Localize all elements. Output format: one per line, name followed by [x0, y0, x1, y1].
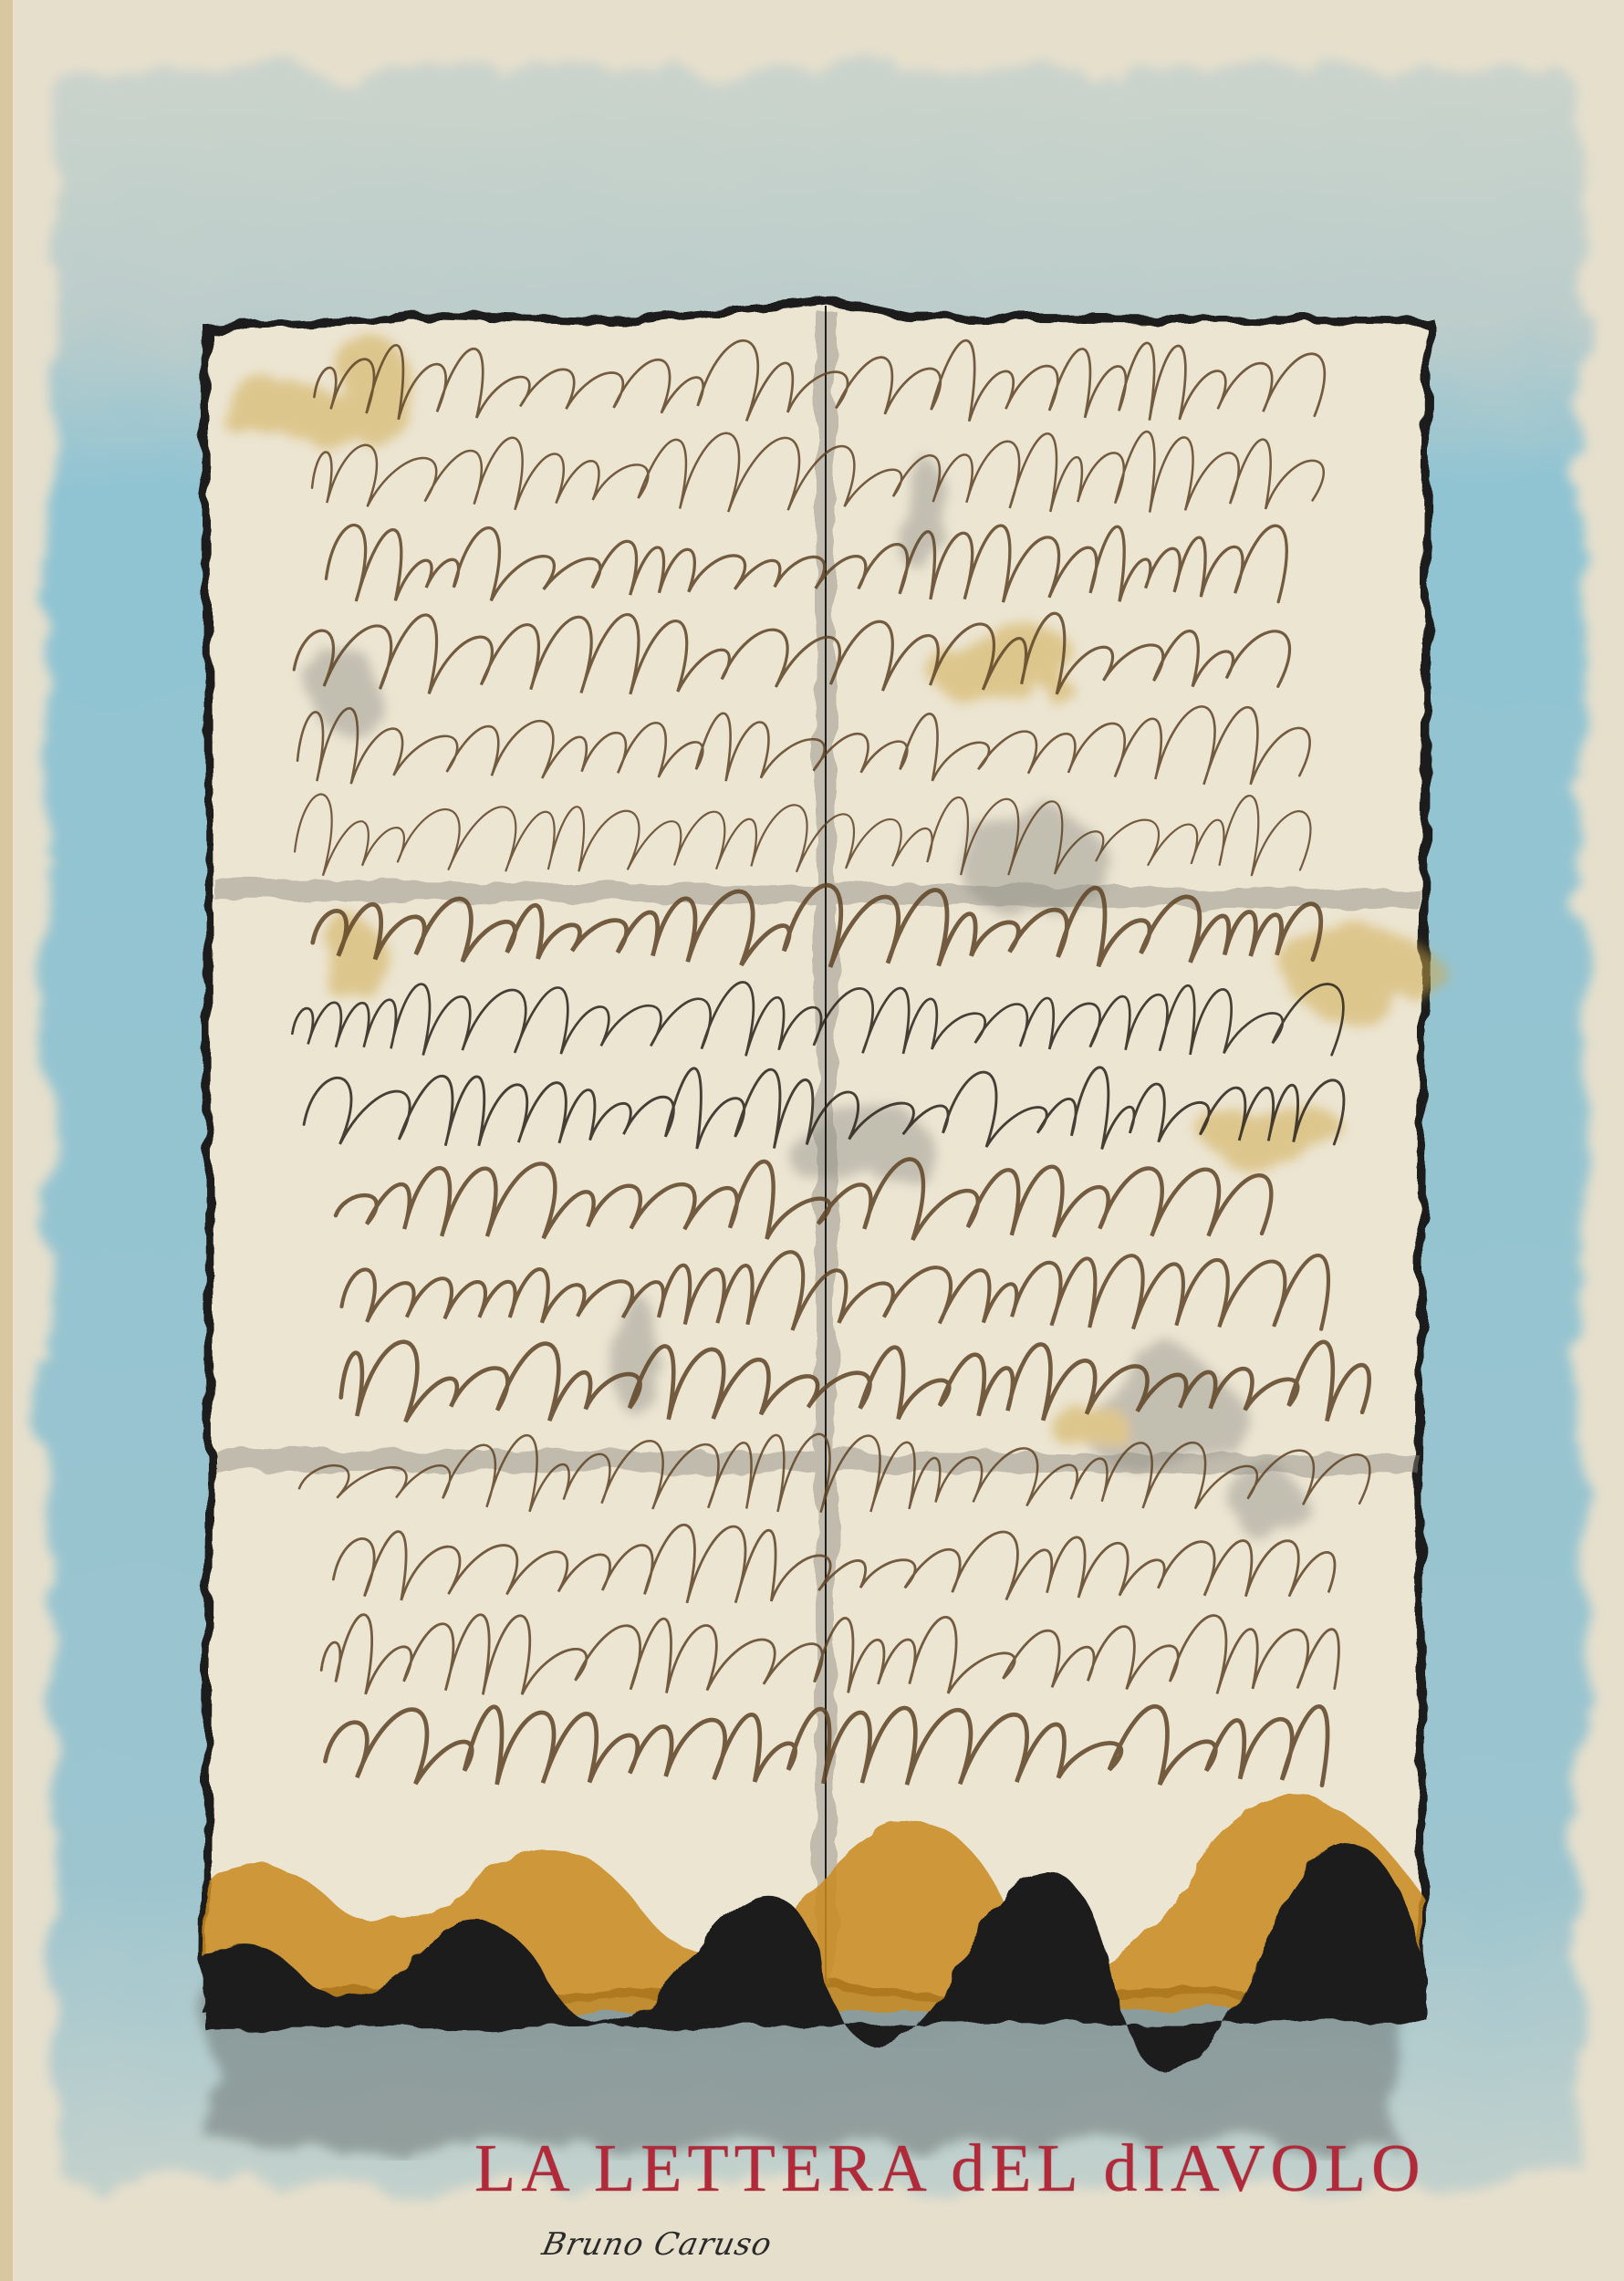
painting-canvas — [0, 0, 1624, 2281]
artist-signature: Bruno Caruso — [539, 2226, 776, 2263]
letter-paper — [205, 299, 1443, 2074]
artwork-title: LA LETTERA dEL dIAVOLO — [474, 2130, 1478, 2208]
